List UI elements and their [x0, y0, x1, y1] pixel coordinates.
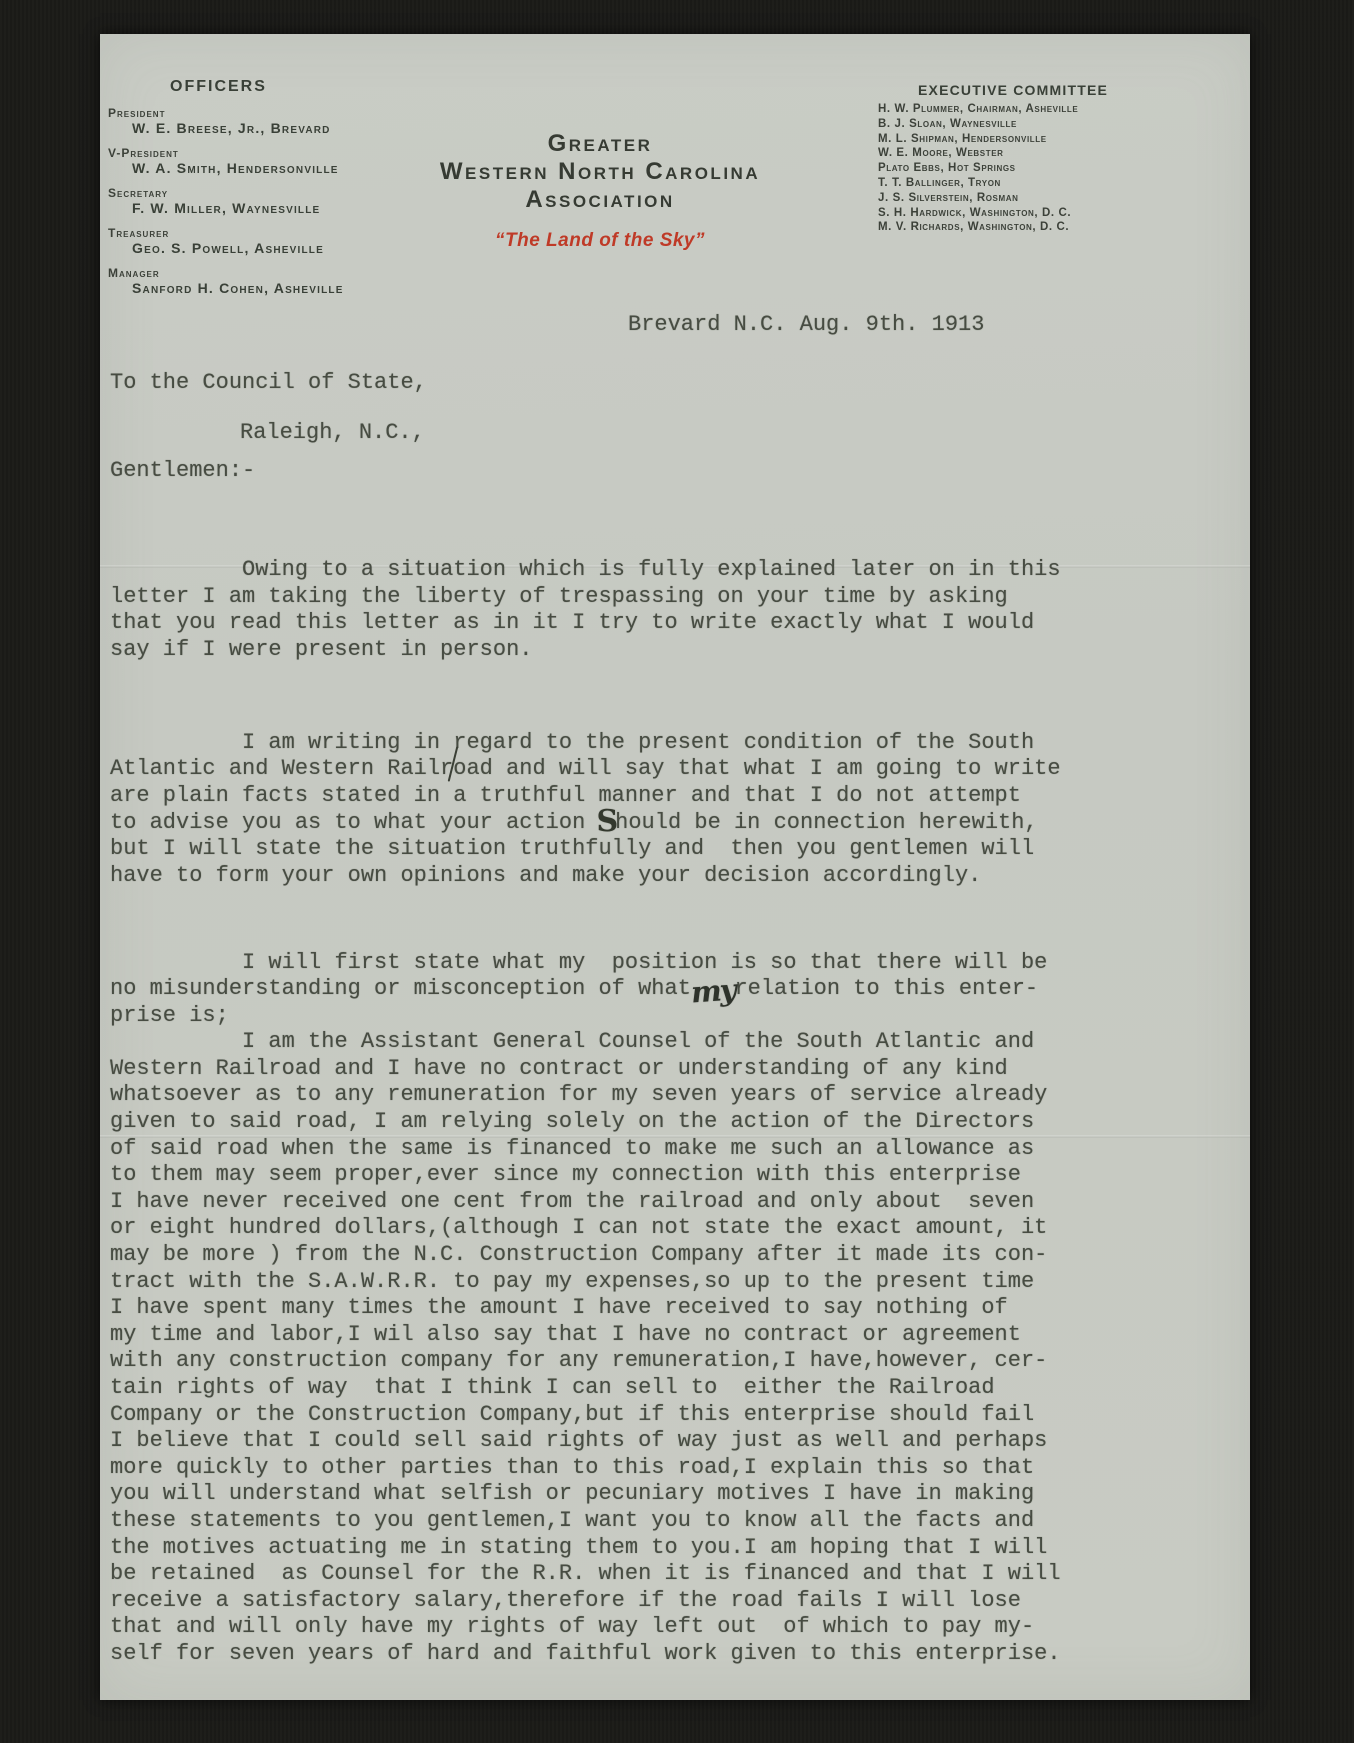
committee-member: W. E. Moore, Webster: [878, 146, 1238, 161]
officer-entry: Secretary F. W. Miller, Waynesville: [108, 186, 358, 216]
paragraph-3: I will first state what my position is s…: [110, 950, 1220, 1668]
letter-body: Owing to a situation which is fully expl…: [110, 504, 1220, 1721]
committee-member: T. T. Ballinger, Tryon: [878, 176, 1238, 191]
officer-name: W. E. Breese, Jr., Brevard: [132, 120, 358, 136]
paragraph-1: Owing to a situation which is fully expl…: [110, 557, 1220, 663]
officer-title: V-President: [108, 146, 358, 160]
officer-title: Manager: [108, 266, 358, 280]
committee-member: M. L. Shipman, Hendersonville: [878, 132, 1238, 147]
committee-member: J. S. Silverstein, Rosman: [878, 191, 1238, 206]
org-name-line2: Western North Carolina: [380, 158, 820, 186]
committee-member: S. H. Hardwick, Washington, D. C.: [878, 206, 1238, 221]
org-name-line1: Greater: [380, 130, 820, 158]
paragraph-3-text-b: relation to this enter- prise is; I am t…: [110, 976, 1061, 1666]
officer-entry: Manager Sanford H. Cohen, Asheville: [108, 266, 358, 296]
officer-name: Geo. S. Powell, Asheville: [132, 240, 358, 256]
handwritten-insertion-my: my: [691, 990, 734, 993]
officer-name: W. A. Smith, Hendersonville: [132, 160, 358, 176]
address-line-2: Raleigh, N.C.,: [240, 420, 425, 445]
letter-page: OFFICERS President W. E. Breese, Jr., Br…: [100, 34, 1250, 1700]
address-line-1: To the Council of State,: [110, 370, 427, 395]
organization-name-block: Greater Western North Carolina Associati…: [380, 130, 820, 252]
officer-title: President: [108, 106, 358, 120]
committee-member: B. J. Sloan, Waynesville: [878, 117, 1238, 132]
committee-list: H. W. Plummer, Chairman, Asheville B. J.…: [878, 102, 1238, 235]
executive-committee-block: EXECUTIVE COMMITTEE H. W. Plummer, Chair…: [878, 82, 1238, 235]
dateline: Brevard N.C. Aug. 9th. 1913: [628, 312, 984, 337]
officer-entry: V-President W. A. Smith, Hendersonville: [108, 146, 358, 176]
officer-name: Sanford H. Cohen, Asheville: [132, 280, 358, 296]
committee-member: H. W. Plummer, Chairman, Asheville: [878, 102, 1238, 117]
officers-block: OFFICERS President W. E. Breese, Jr., Br…: [108, 78, 358, 296]
org-slogan: “The Land of the Sky”: [380, 230, 820, 252]
org-name-line3: Association: [380, 186, 820, 214]
officer-entry: President W. E. Breese, Jr., Brevard: [108, 106, 358, 136]
committee-member: Plato Ebbs, Hot Springs: [878, 161, 1238, 176]
paragraph-2: I am writing in regard to the present co…: [110, 730, 1220, 890]
officer-entry: Treasurer Geo. S. Powell, Asheville: [108, 226, 358, 256]
committee-member: M. V. Richards, Washington, D. C.: [878, 220, 1238, 235]
officer-title: Secretary: [108, 186, 358, 200]
committee-heading: EXECUTIVE COMMITTEE: [918, 82, 1238, 98]
officers-heading: OFFICERS: [170, 78, 358, 96]
officer-name: F. W. Miller, Waynesville: [132, 200, 358, 216]
officer-title: Treasurer: [108, 226, 358, 240]
salutation: Gentlemen:-: [110, 458, 255, 483]
